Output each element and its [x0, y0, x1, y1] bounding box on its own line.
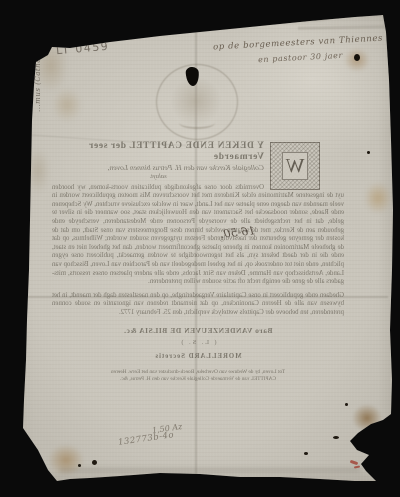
smudge-top-center [252, 15, 326, 21]
paper-vignette [0, 0, 400, 497]
photo-stage: W Y DEKEN ENDE CAPITTEL der seer Vermaer… [0, 0, 400, 497]
paper-sheet: W Y DEKEN ENDE CAPITTEL der seer Vermaer… [0, 0, 400, 497]
